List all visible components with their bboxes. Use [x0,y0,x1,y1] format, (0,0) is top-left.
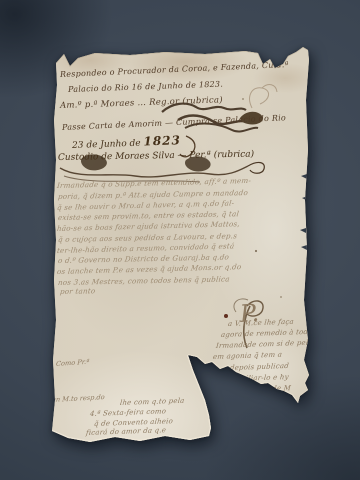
edge-nicks [300,174,308,250]
torn-edge-right [298,360,309,403]
manuscript-page: Respondeo o Procurador da Coroa, e Fazen… [0,0,360,480]
ink-blot [224,314,228,318]
flourish-curl [250,85,277,108]
torn-edge-diagonal [188,355,298,403]
paper-shadow-wrap: Respondeo o Procurador da Coroa, e Fazen… [0,0,360,480]
photo-of-manuscript: Respondeo o Procurador da Coroa, e Fazen… [0,0,360,480]
ink-speck [280,296,282,298]
torn-edge-bottom [52,355,211,442]
petition-initial-flourish [234,299,263,348]
ink-speck [255,250,257,252]
signature-rubric-2 [60,154,264,182]
ink-speck [242,98,244,100]
flourish-paren [180,136,195,157]
top-edge-shading [56,47,308,68]
signature-rubric-1 [162,104,263,132]
ink-flourishes-layer [0,0,360,480]
